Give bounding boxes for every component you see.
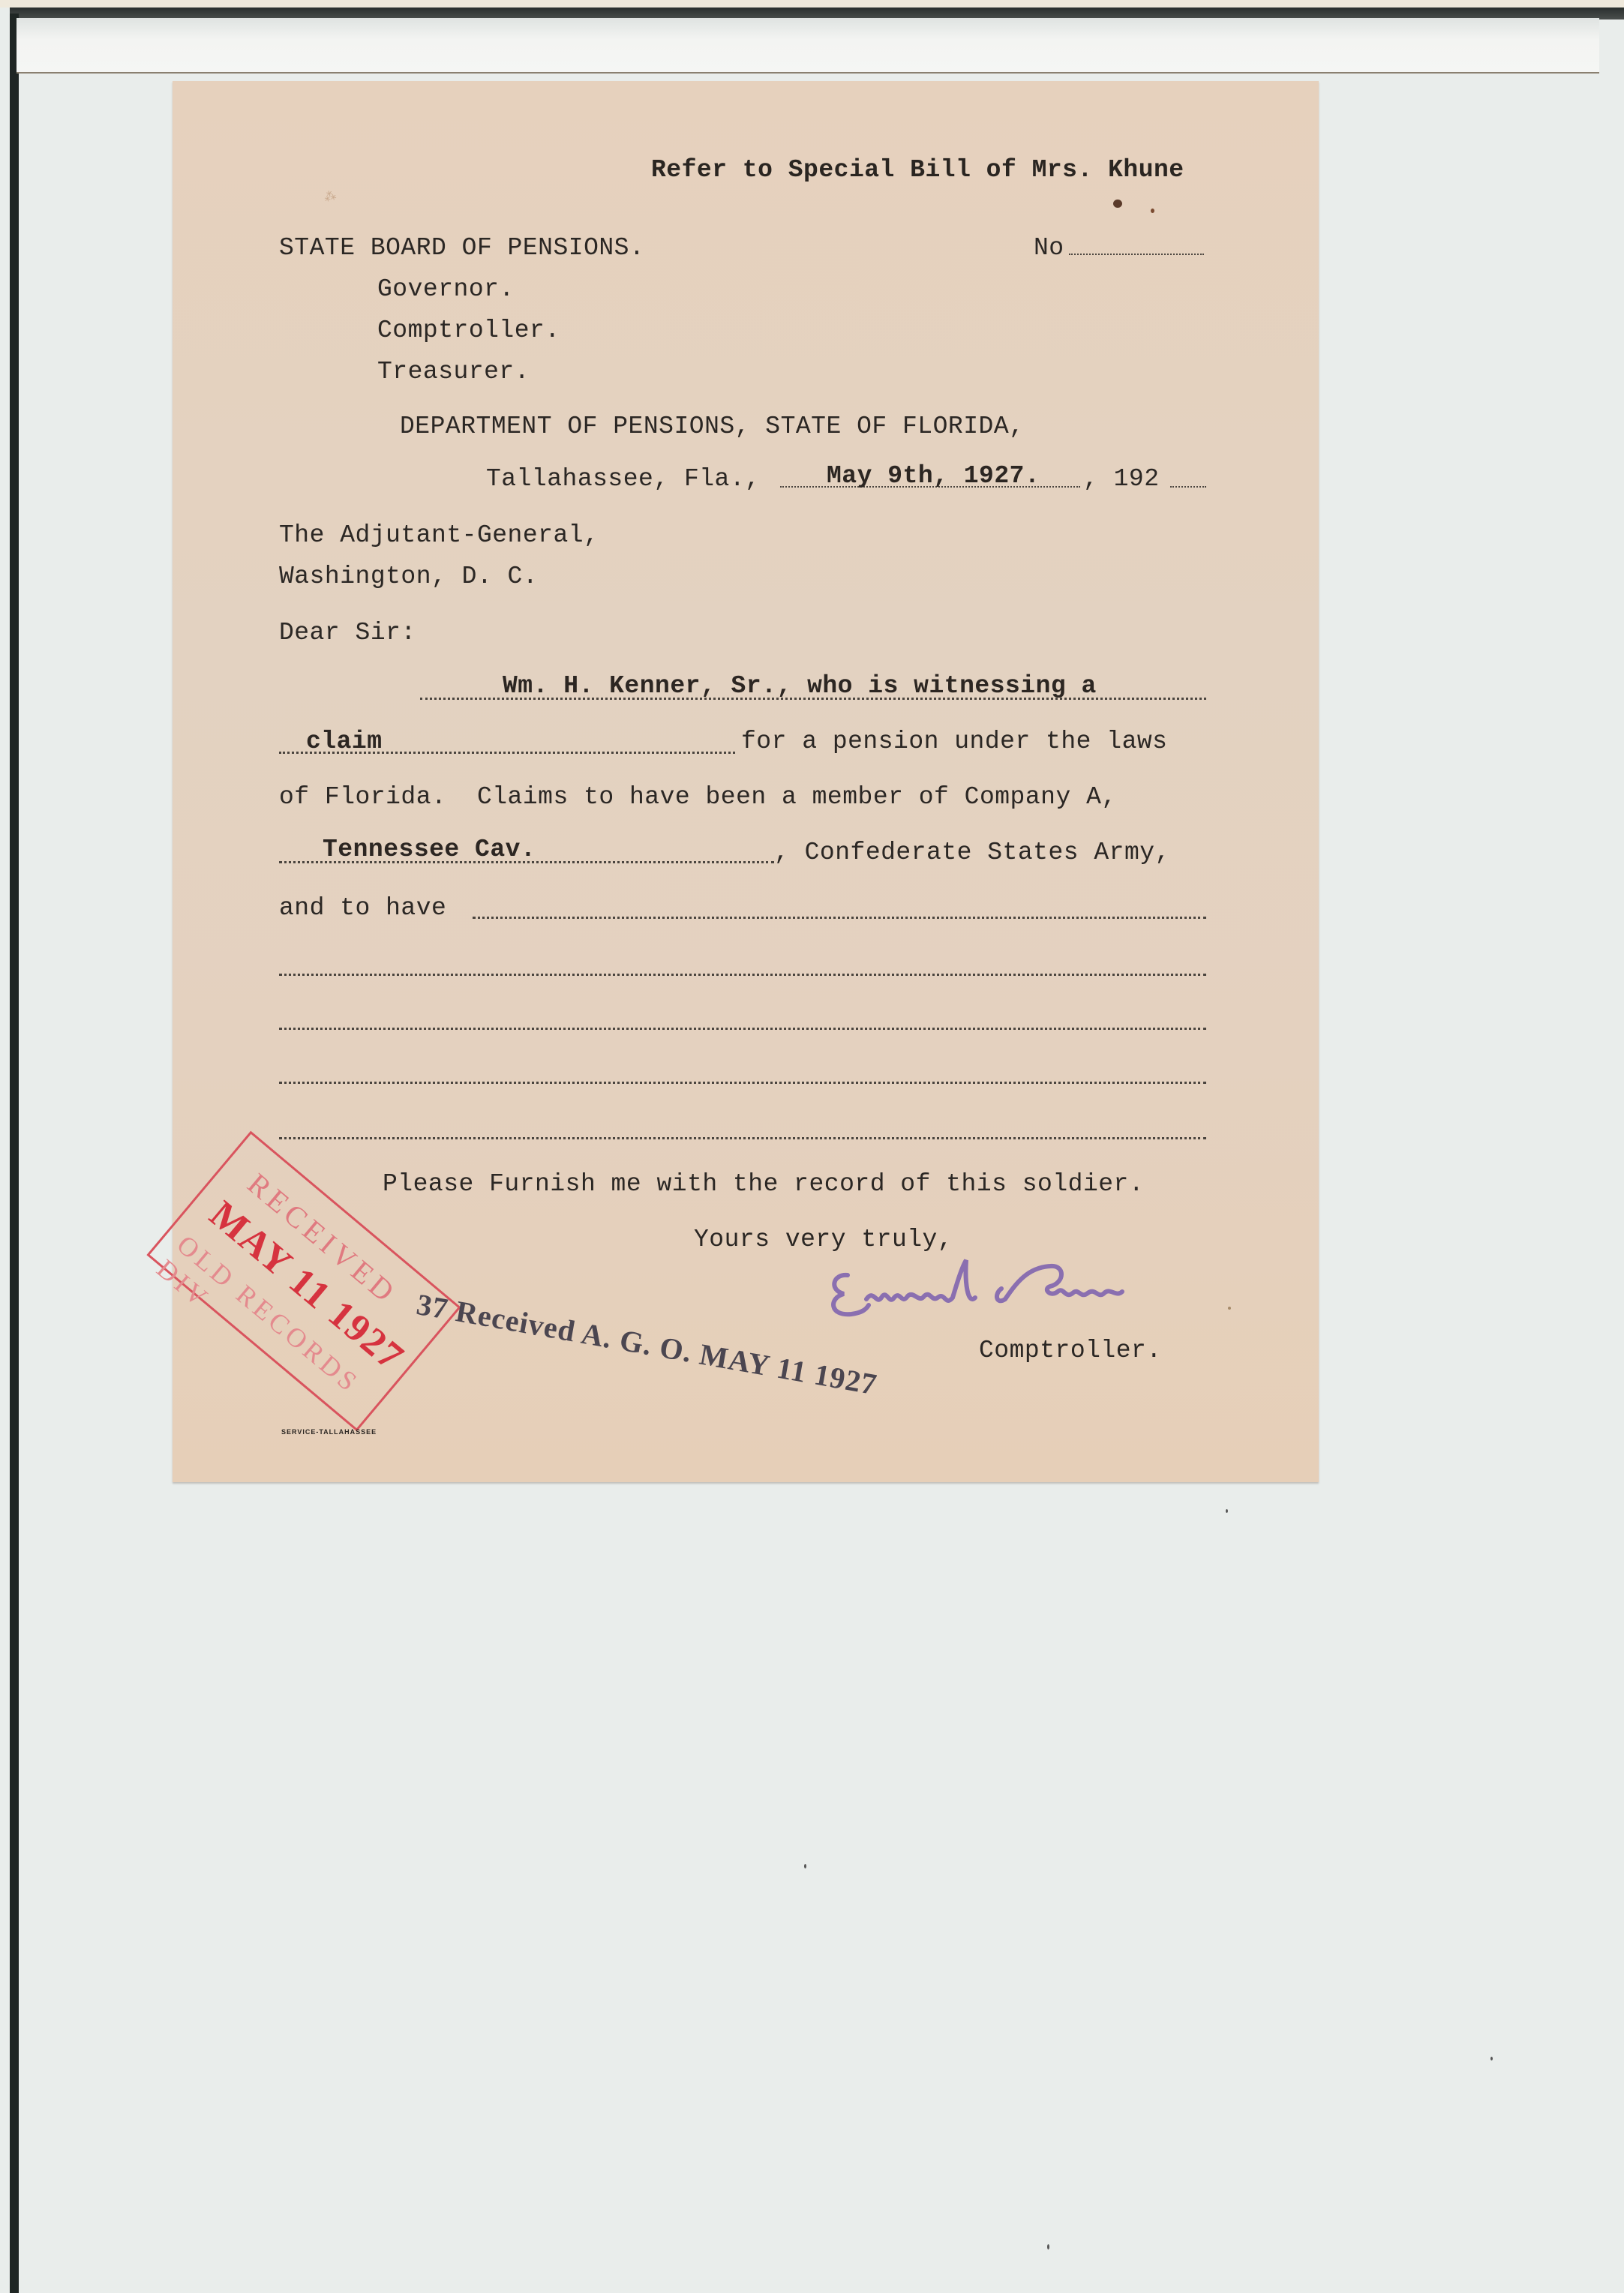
ink-spot: [1113, 200, 1122, 208]
scan-left-edge: [10, 14, 19, 2293]
claimant-name: Wm. H. Kenner, Sr., who is witnessing a: [503, 672, 1097, 700]
refer-note: Refer to Special Bill of Mrs. Khune: [651, 156, 1184, 184]
claim-type: claim: [306, 728, 383, 755]
recipient-line2: Washington, D. C.: [279, 563, 538, 590]
signer-title: Comptroller.: [979, 1337, 1162, 1364]
year-blank: [1170, 486, 1206, 488]
year-prefix: , 192: [1083, 465, 1160, 493]
printer-mark: SERVICE-TALLAHASSEE: [281, 1428, 377, 1436]
service-blank-5: [279, 1137, 1206, 1139]
speck: [1490, 2057, 1493, 2060]
speck: [804, 1864, 806, 1868]
scan-top-edge: [0, 0, 1624, 8]
regiment: Tennessee Cav.: [323, 836, 536, 863]
speck: [1226, 1509, 1228, 1513]
board-title: STATE BOARD OF PENSIONS.: [279, 234, 644, 262]
salutation: Dear Sir:: [279, 619, 416, 647]
claim-text: for a pension under the laws: [741, 728, 1168, 755]
service-blank-2: [279, 974, 1206, 976]
florida-line: of Florida. Claims to have been a member…: [279, 783, 1117, 811]
and-to-have: and to have: [279, 894, 446, 922]
department-heading: DEPARTMENT OF PENSIONS, STATE OF FLORIDA…: [400, 413, 1024, 440]
speck: [1047, 2244, 1049, 2249]
board-member-comptroller: Comptroller.: [377, 317, 560, 344]
number-label: No: [1034, 234, 1064, 262]
svg-text:Ernest Amos: Ernest Amos: [825, 1325, 830, 1327]
number-blank: [1069, 254, 1204, 255]
date-filled: May 9th, 1927.: [827, 462, 1040, 490]
ink-spot: [1151, 209, 1154, 213]
service-blank-1: [473, 917, 1206, 919]
service-blank-4: [279, 1082, 1206, 1084]
place-label: Tallahassee, Fla.,: [486, 465, 760, 493]
board-member-treasurer: Treasurer.: [377, 358, 530, 386]
signature-ernest-amos: Ernest Amos: [825, 1253, 1155, 1328]
service-blank-3: [279, 1028, 1206, 1030]
closing: Yours very truly,: [694, 1226, 953, 1253]
request-line: Please Furnish me with the record of thi…: [383, 1170, 1144, 1198]
speck: [1228, 1307, 1231, 1310]
army-text: , Confederate States Army,: [774, 839, 1170, 866]
tape-strip: [17, 18, 1599, 74]
recipient-line1: The Adjutant-General,: [279, 521, 599, 549]
board-member-governor: Governor.: [377, 275, 515, 303]
